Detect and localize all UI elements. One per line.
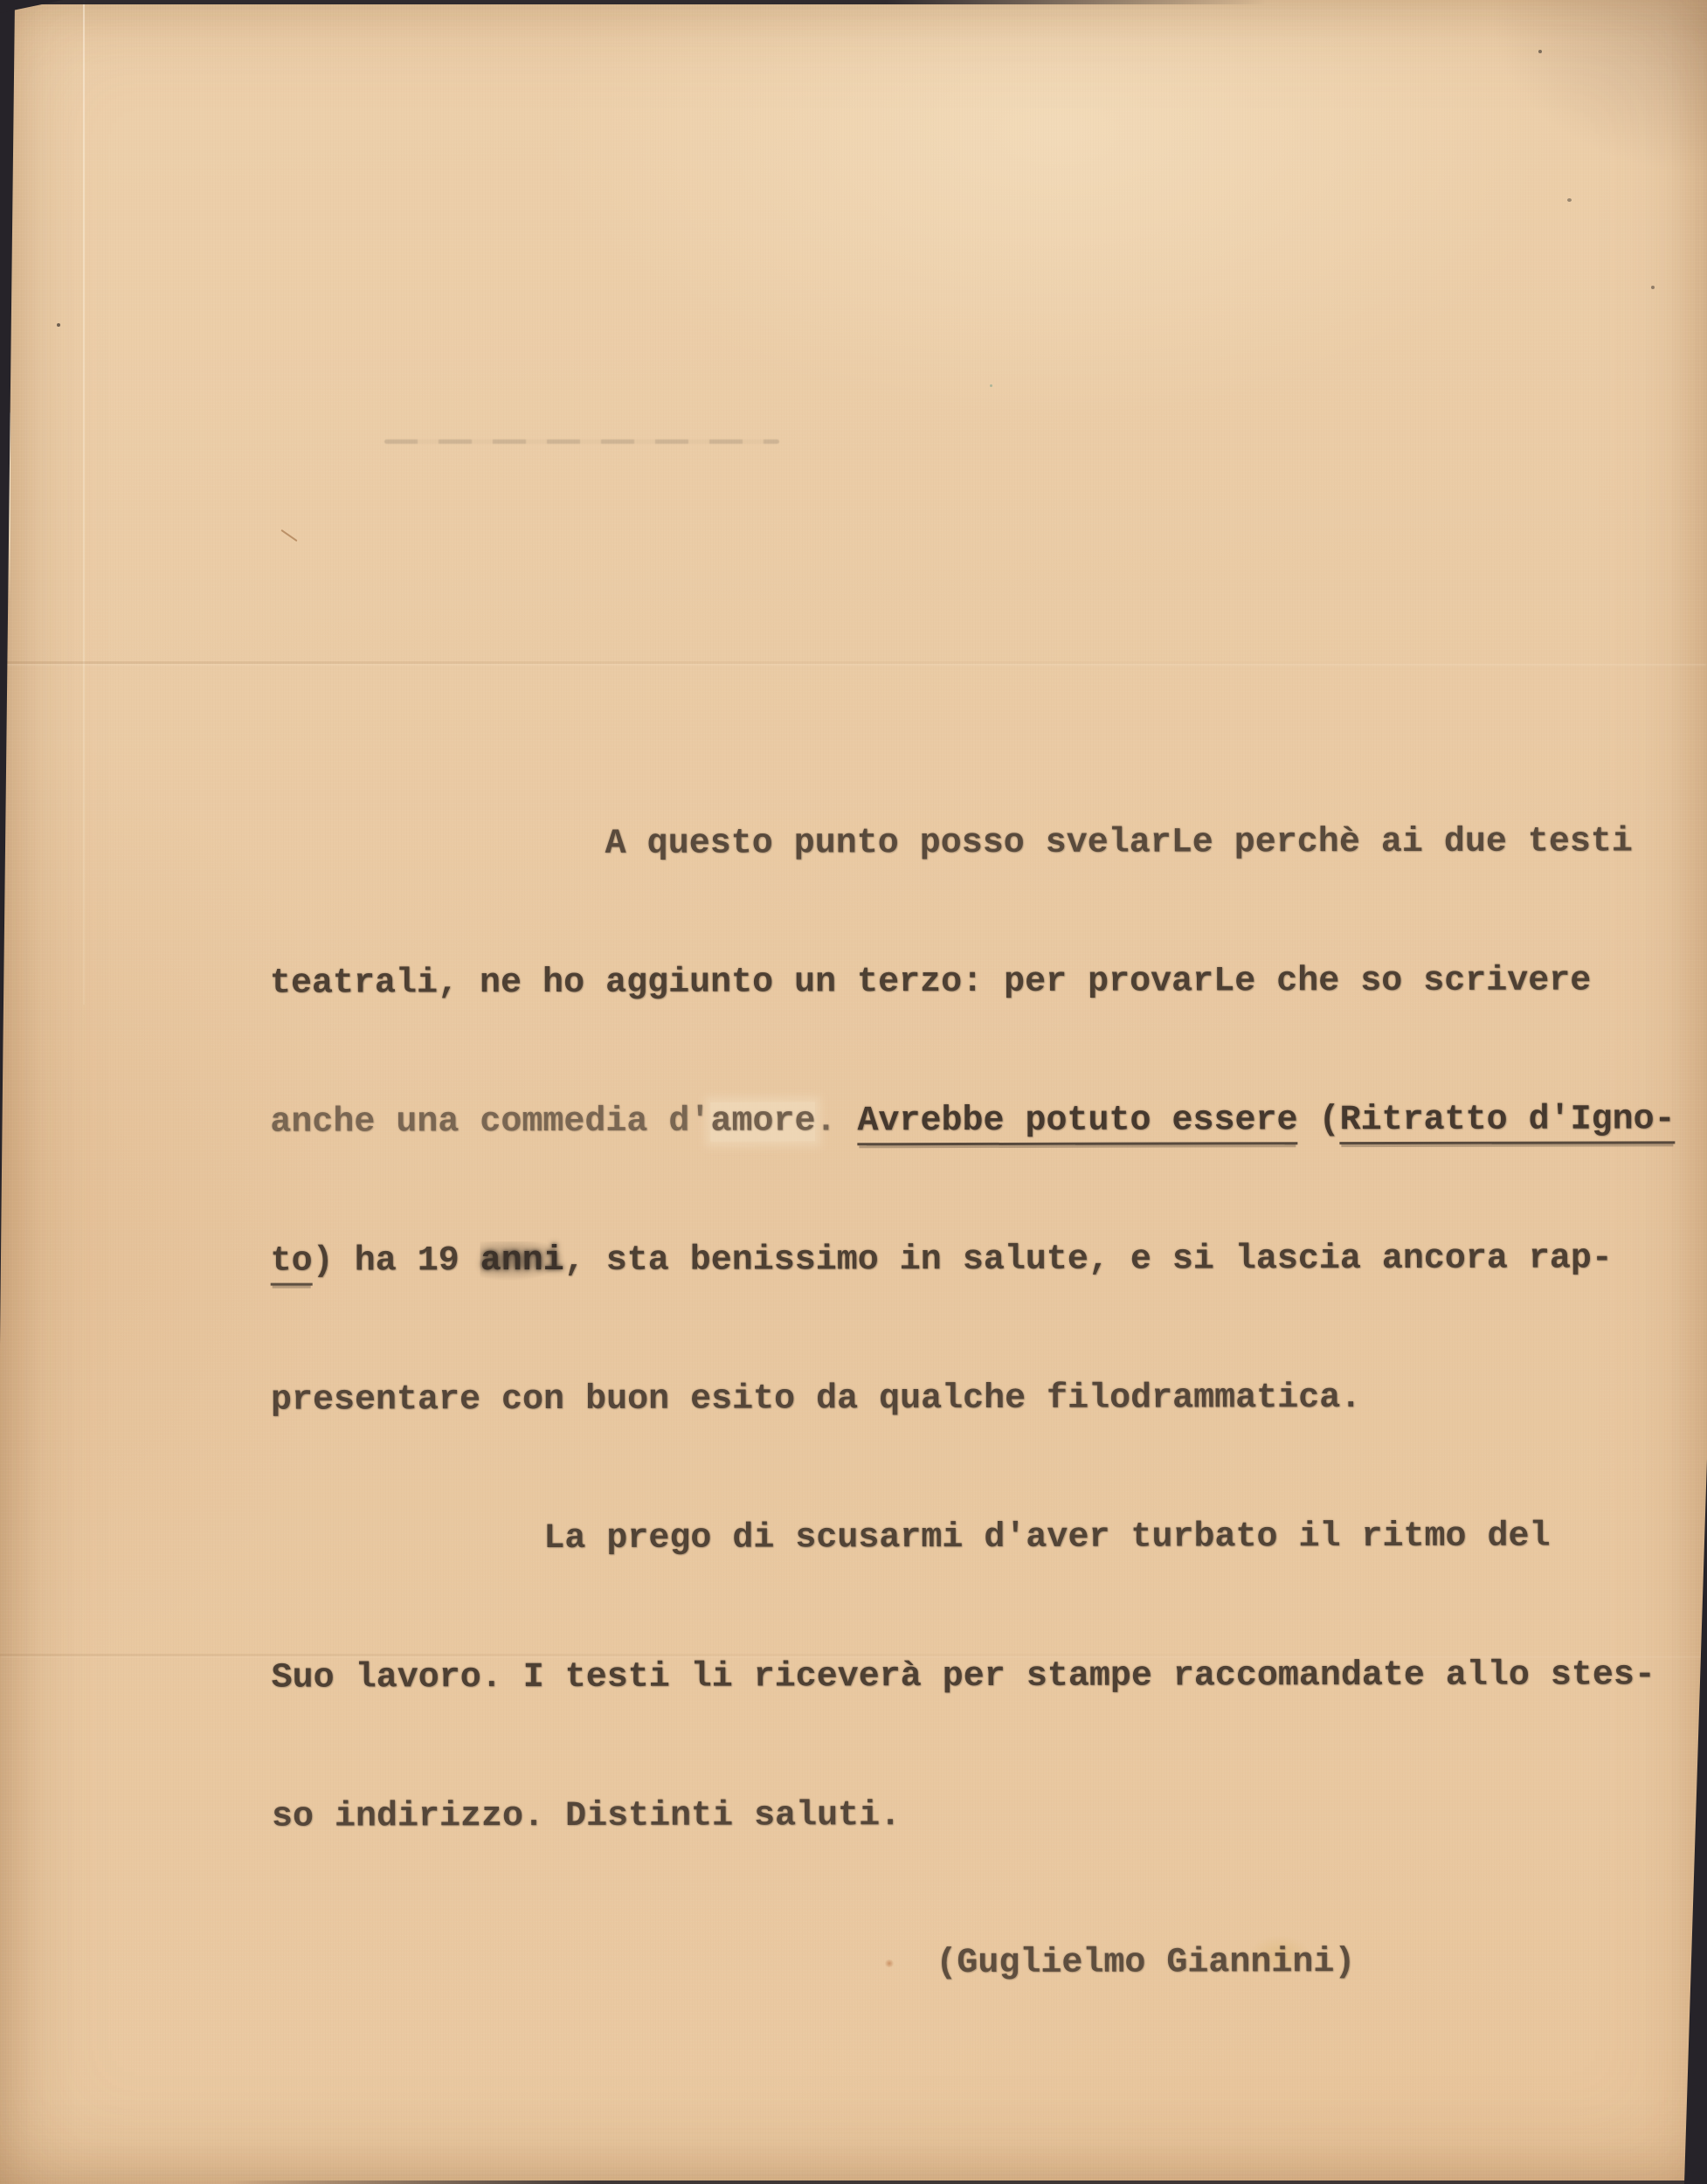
ink-speck (1651, 286, 1655, 289)
typed-line-8: so indirizzo. Distinti saluti. (272, 1791, 1676, 1840)
scan-bed-edge-top (0, 0, 1267, 4)
typed-line-6: La prego di scusarmi d'aver turbato il r… (271, 1513, 1676, 1562)
text-segment: presentare con buon esito da qualche fil… (271, 1379, 1361, 1420)
text-segment: Suo lavoro. I testi li riceverà per stam… (272, 1655, 1655, 1697)
smudged-word: anni (480, 1241, 564, 1281)
fold-crease-horizontal-upper (0, 661, 1707, 664)
text-segment: teatrali, ne ho aggiunto un terzo: per p… (270, 962, 1591, 1004)
text-segment: , sta benissimo in salute, e si lascia a… (564, 1239, 1613, 1281)
text-segment-lightened: amore (710, 1102, 815, 1141)
scan-background: A questo punto posso svelarLe perchè ai … (0, 0, 1707, 2184)
typed-line-5: presentare con buon esito da qualche fil… (271, 1374, 1676, 1423)
underlined-title: to (271, 1242, 313, 1286)
text-segment: A questo punto posso svelarLe perchè ai … (605, 822, 1633, 863)
underlined-title: Ritratto d'Igno- (1340, 1100, 1676, 1144)
pencil-mark (384, 439, 779, 444)
fold-crease-vertical (83, 0, 85, 1005)
typed-line-3: anche una commedia d'amore. Avrebbe potu… (270, 1096, 1675, 1145)
letter-page: A questo punto posso svelarLe perchè ai … (0, 0, 1707, 2184)
text-segment: anche una commedia d' (270, 1102, 710, 1143)
typed-line-7: Suo lavoro. I testi li riceverà per stam… (272, 1652, 1676, 1701)
letter-body: A questo punto posso svelarLe perchè ai … (269, 726, 1677, 2080)
ink-speck (990, 384, 992, 387)
typed-line-2: teatrali, ne ho aggiunto un terzo: per p… (270, 957, 1675, 1006)
text-segment: ) ha 19 (313, 1241, 480, 1281)
ink-speck (1538, 50, 1542, 53)
ink-speck (1567, 198, 1572, 202)
typed-line-1: A questo punto posso svelarLe perchè ai … (270, 819, 1675, 867)
ink-speck (57, 323, 60, 327)
underlined-phrase: Avrebbe potuto essere (857, 1101, 1297, 1145)
text-segment: ( (1298, 1101, 1340, 1140)
text-segment: so indirizzo. Distinti saluti. (272, 1796, 901, 1837)
typed-line-4: to) ha 19 anni, sta benissimo in salute,… (271, 1235, 1676, 1284)
signature-line: (Guglielmo Giannini) (272, 1939, 1676, 1987)
text-segment: La prego di scusarmi d'aver turbato il r… (543, 1517, 1550, 1559)
text-segment: . (815, 1102, 857, 1141)
scan-bed-edge-bottom (227, 2181, 1707, 2184)
